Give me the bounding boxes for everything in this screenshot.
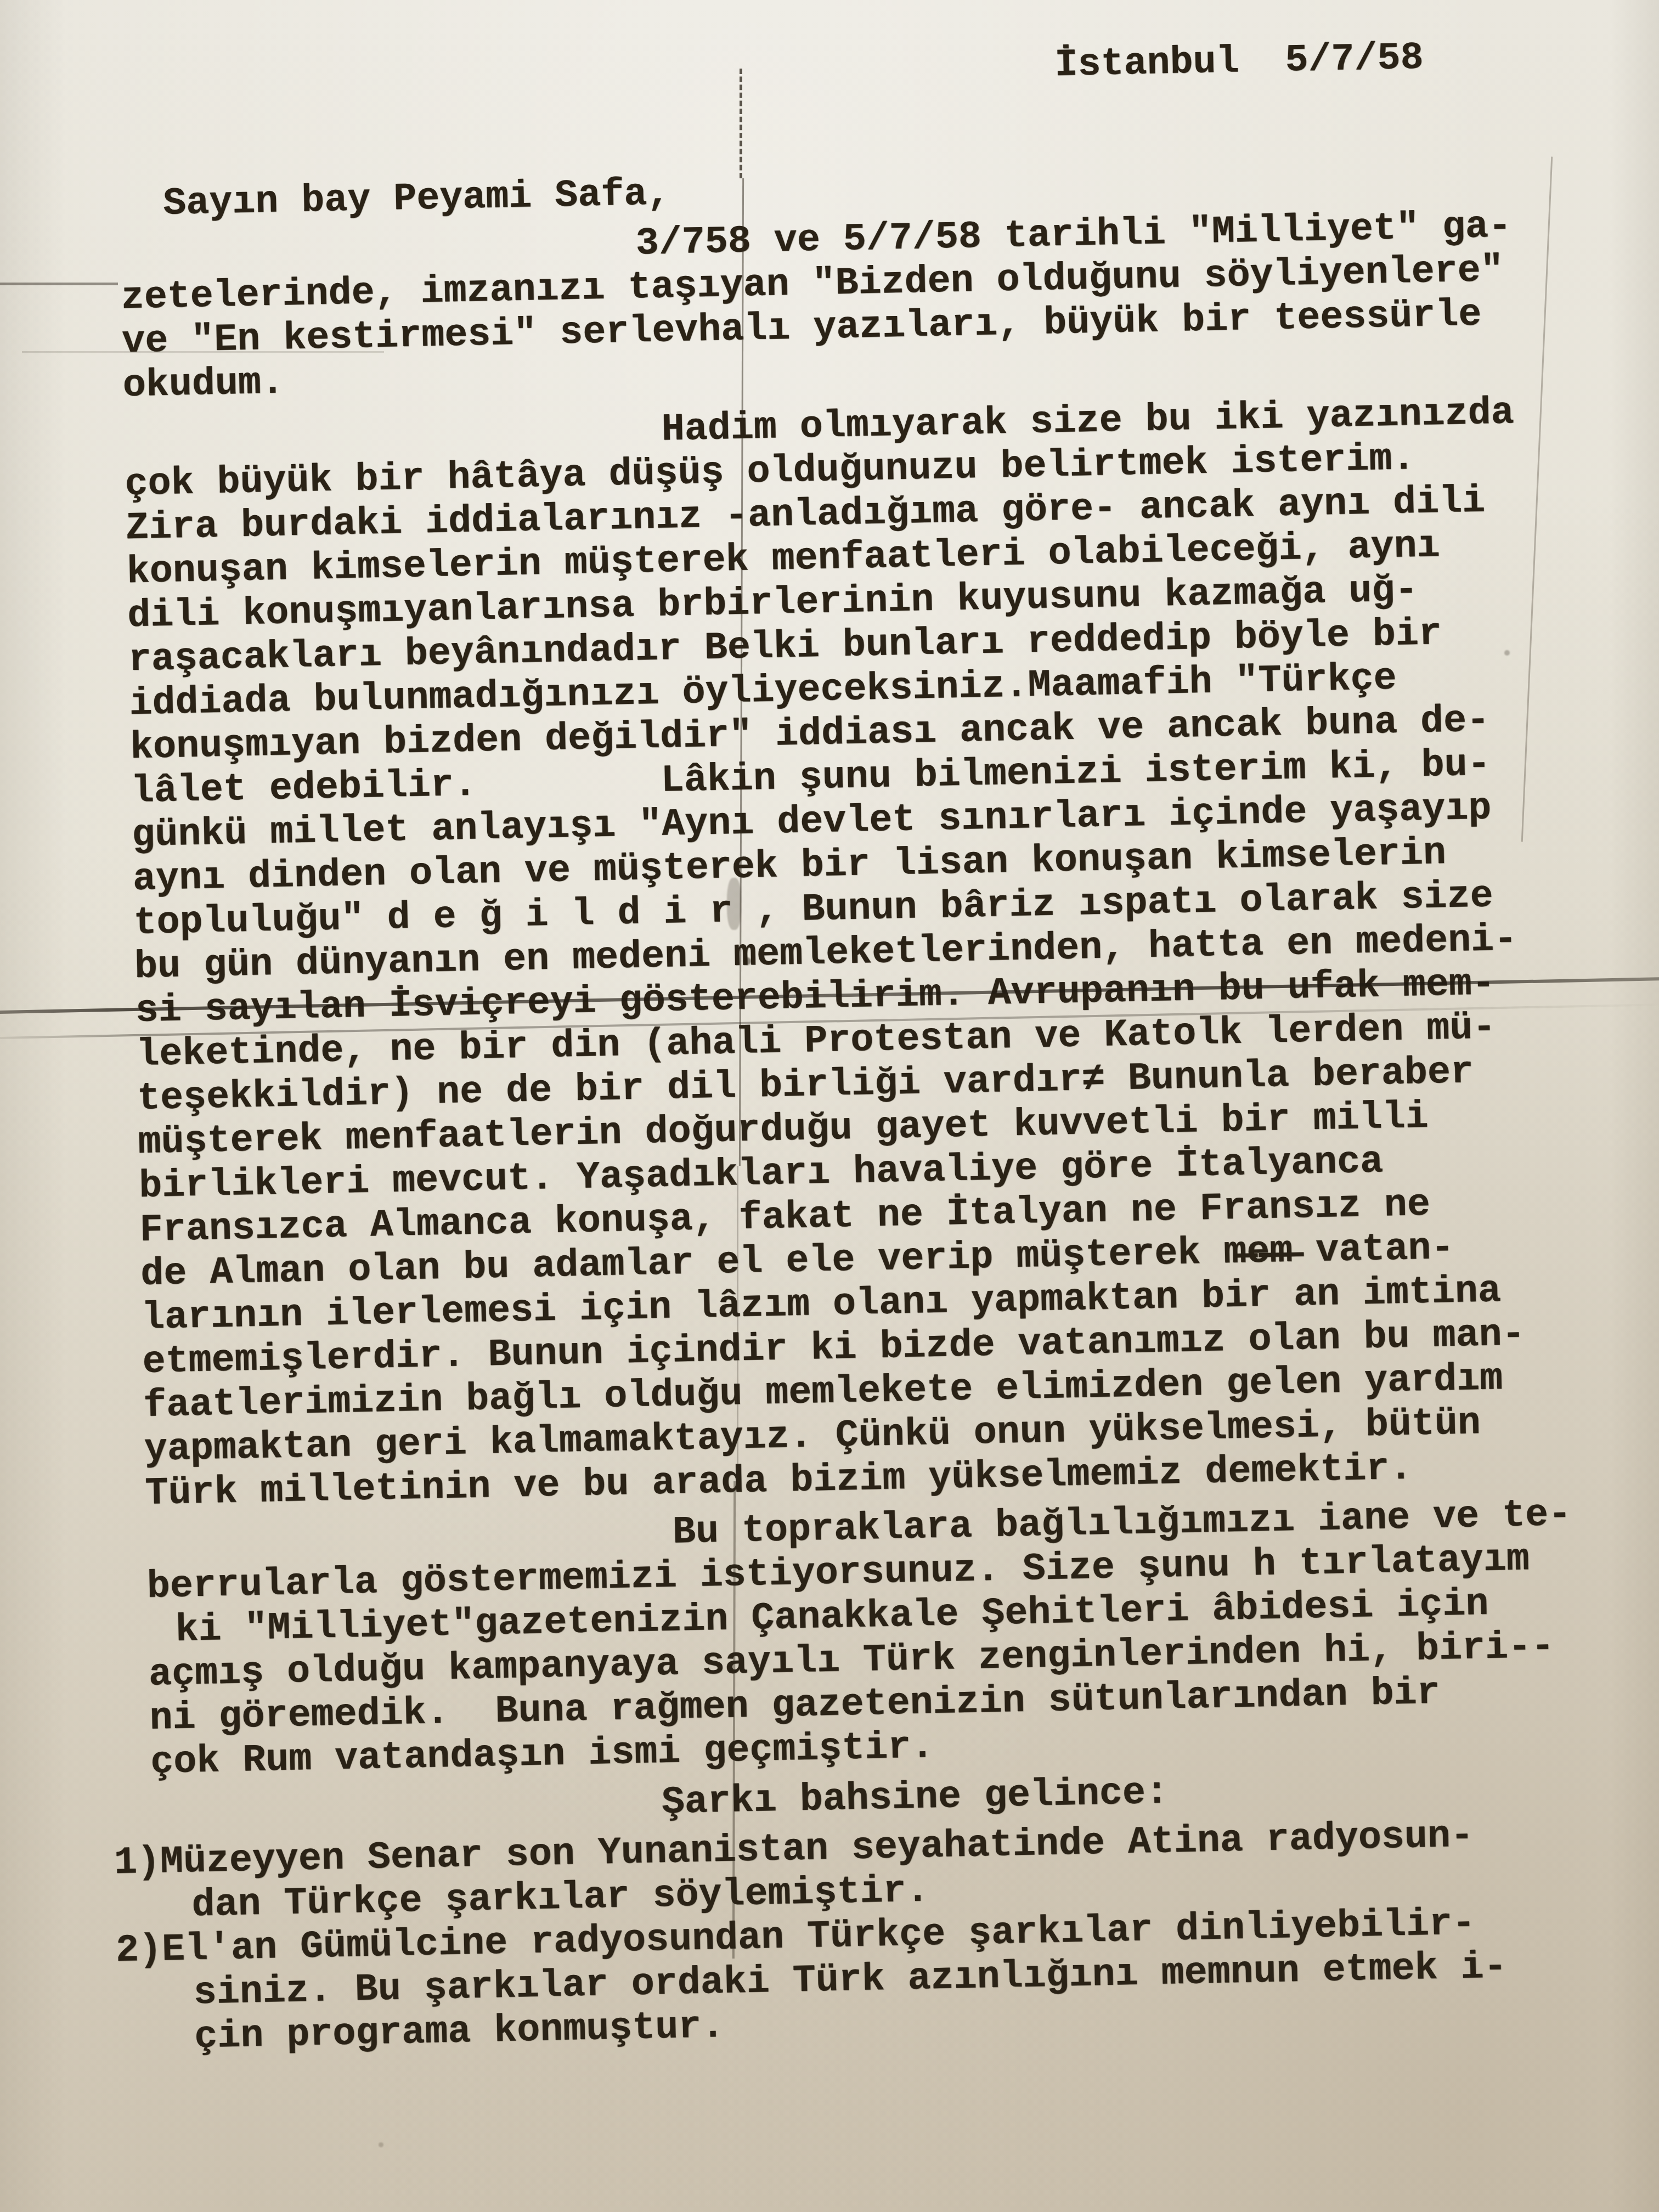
letter-body: 3/758 ve 5/7/58 tarihli "Milliyet" ga-ze… — [81, 204, 1612, 2061]
left-edge-crease-faint — [22, 351, 384, 353]
ink-speck-3 — [379, 2142, 383, 2147]
vertical-fold-crease-top — [740, 69, 742, 178]
left-edge-crease — [0, 283, 118, 285]
letter-page: İstanbul 5/7/58 Sayın bay Peyami Safa, 3… — [0, 0, 1659, 2212]
vertical-fold-crease-middle — [737, 1166, 738, 1481]
ink-speck — [743, 957, 751, 965]
letter-date: İstanbul 5/7/58 — [1054, 33, 1573, 88]
ink-blotch — [727, 878, 741, 930]
letter-content: İstanbul 5/7/58 Sayın bay Peyami Safa, 3… — [0, 0, 1659, 2212]
ink-speck-2 — [1504, 650, 1510, 656]
